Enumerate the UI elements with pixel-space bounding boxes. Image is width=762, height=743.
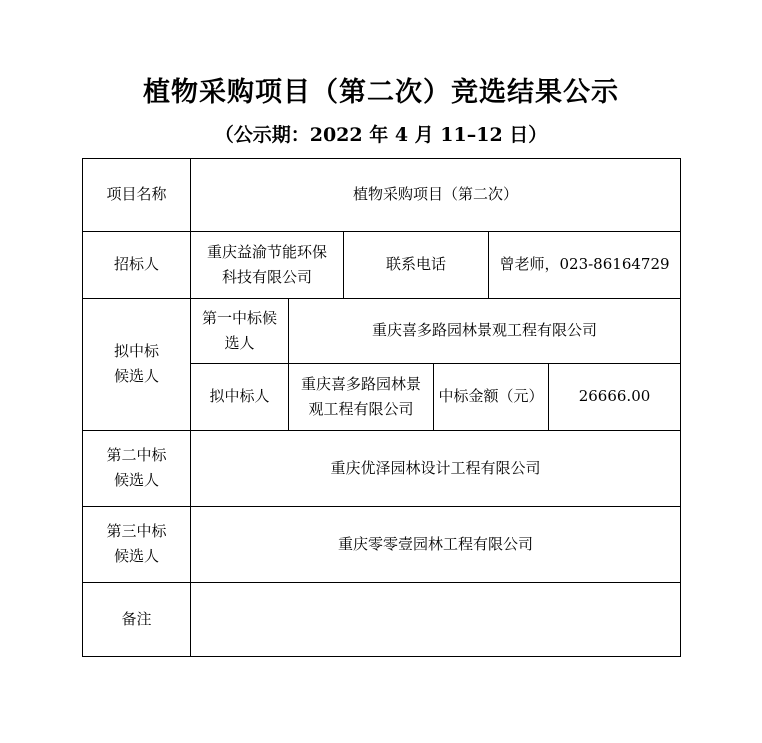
first-candidate-value: 重庆喜多路园林景观工程有限公司: [289, 298, 681, 363]
third-candidate-value: 重庆零零壹园林工程有限公司: [191, 506, 681, 582]
row-second-candidate: 第二中标 候选人 重庆优泽园林设计工程有限公司: [83, 430, 681, 506]
document-page: { "page": { "title": "植物采购项目（第二次）竞选结果公示"…: [0, 0, 762, 743]
row-third-candidate: 第三中标 候选人 重庆零零壹园林工程有限公司: [83, 506, 681, 582]
remarks-value: [191, 582, 681, 656]
project-name-label: 项目名称: [83, 158, 191, 231]
first-candidate-label: 第一中标候 选人: [191, 298, 289, 363]
second-candidate-value: 重庆优泽园林设计工程有限公司: [191, 430, 681, 506]
tenderer-name: 重庆益渝节能环保 科技有限公司: [191, 231, 344, 298]
remarks-label: 备注: [83, 582, 191, 656]
winning-amount-label: 中标金额（元）: [434, 363, 549, 430]
row-first-candidate: 拟中标 候选人 第一中标候 选人 重庆喜多路园林景观工程有限公司: [83, 298, 681, 363]
project-name-value: 植物采购项目（第二次）: [191, 158, 681, 231]
result-table: 项目名称 植物采购项目（第二次） 招标人 重庆益渝节能环保 科技有限公司 联系电…: [82, 158, 681, 657]
third-candidate-label: 第三中标 候选人: [83, 506, 191, 582]
announcement-document: 植物采购项目（第二次）竞选结果公示 （公示期：2022 年 4 月 11–12 …: [82, 0, 680, 657]
contact-phone-value: 曾老师，023-86164729: [489, 231, 681, 298]
proposed-candidates-label: 拟中标 候选人: [83, 298, 191, 430]
proposed-winner-label: 拟中标人: [191, 363, 289, 430]
page-title: 植物采购项目（第二次）竞选结果公示: [82, 76, 680, 110]
contact-phone-label: 联系电话: [344, 231, 489, 298]
tenderer-label: 招标人: [83, 231, 191, 298]
row-tenderer: 招标人 重庆益渝节能环保 科技有限公司 联系电话 曾老师，023-8616472…: [83, 231, 681, 298]
row-project-name: 项目名称 植物采购项目（第二次）: [83, 158, 681, 231]
second-candidate-label: 第二中标 候选人: [83, 430, 191, 506]
proposed-winner-value: 重庆喜多路园林景 观工程有限公司: [289, 363, 434, 430]
winning-amount-value: 26666.00: [549, 363, 681, 430]
publicity-period-subtitle: （公示期：2022 年 4 月 11–12 日）: [82, 124, 680, 147]
row-remarks: 备注: [83, 582, 681, 656]
